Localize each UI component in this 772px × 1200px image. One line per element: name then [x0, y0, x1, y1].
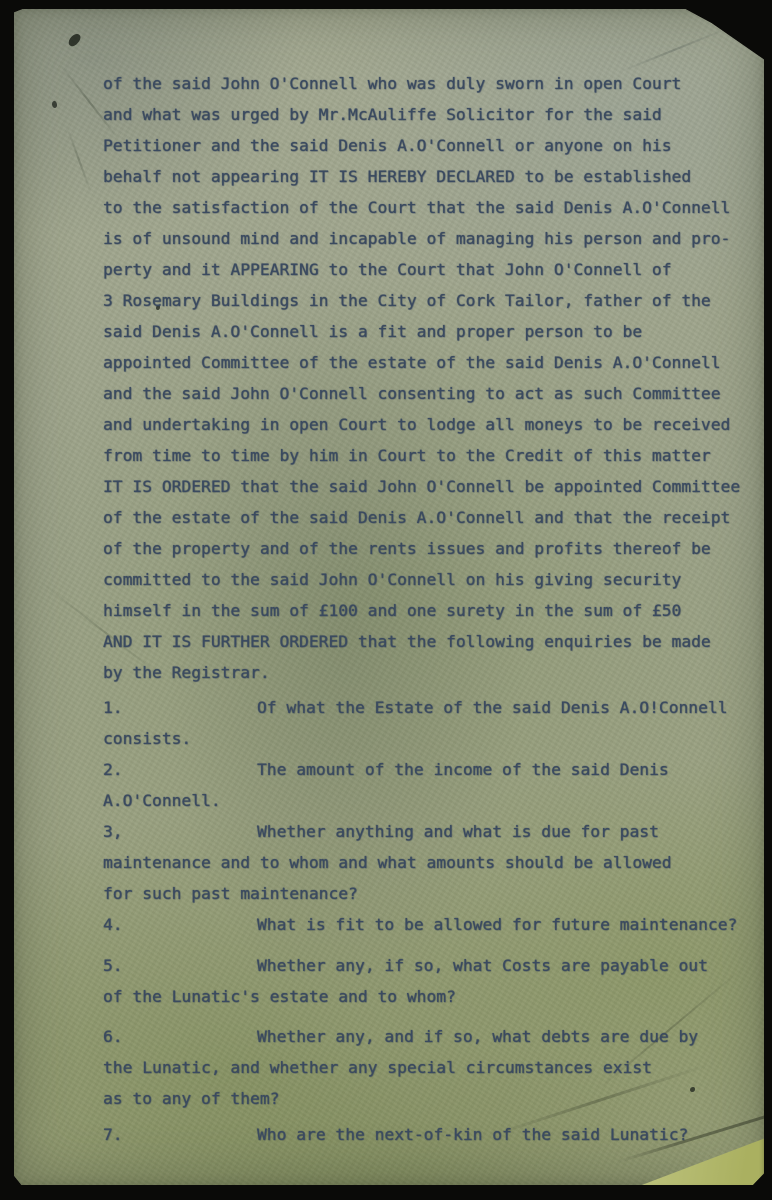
enquiry-continuation-line: consists. [103, 723, 763, 754]
enquiry-number: 7. [103, 1119, 257, 1150]
enquiry-first-line: 7.Who are the next-of-kin of the said Lu… [103, 1119, 763, 1150]
enquiry-text: Of what the Estate of the said Denis A.O… [257, 698, 728, 717]
enquiry-text: Whether any, and if so, what debts are d… [257, 1027, 698, 1046]
enquiry-text: Whether any, if so, what Costs are payab… [257, 956, 708, 975]
scanned-page-background: { "document": { "kind": "typewritten cou… [0, 0, 772, 1200]
enquiry-continuation-line: as to any of them? [103, 1083, 763, 1114]
text-line: AND IT IS FURTHER ORDERED that the follo… [103, 626, 763, 657]
paper-crease [66, 127, 92, 193]
enquiry-number: 3, [103, 816, 257, 847]
text-line: said Denis A.O'Connell is a fit and prop… [103, 316, 763, 347]
text-line: and what was urged by Mr.McAuliffe Solic… [103, 99, 763, 130]
enquiry-first-line: 5.Whether any, if so, what Costs are pay… [103, 950, 763, 981]
enquiry-text: Whether anything and what is due for pas… [257, 822, 659, 841]
text-line: IT IS ORDERED that the said John O'Conne… [103, 471, 763, 502]
enquiry-number: 2. [103, 754, 257, 785]
text-line: from time to time by him in Court to the… [103, 440, 763, 471]
enquiry-first-line: 1.Of what the Estate of the said Denis A… [103, 692, 763, 723]
text-line: perty and it APPEARING to the Court that… [103, 254, 763, 285]
paper-crease [618, 27, 730, 74]
enquiries-list: 1.Of what the Estate of the said Denis A… [103, 692, 763, 1150]
order-paragraph: of the said John O'Connell who was duly … [103, 68, 763, 688]
enquiry-item: 1.Of what the Estate of the said Denis A… [103, 692, 763, 754]
ink-blemish [67, 32, 82, 49]
text-line: is of unsound mind and incapable of mana… [103, 223, 763, 254]
enquiry-text: What is fit to be allowed for future mai… [257, 915, 737, 934]
text-line: Petitioner and the said Denis A.O'Connel… [103, 130, 763, 161]
text-line: by the Registrar. [103, 657, 763, 688]
enquiry-first-line: 6.Whether any, and if so, what debts are… [103, 1021, 763, 1052]
enquiry-number: 1. [103, 692, 257, 723]
enquiry-first-line: 4.What is fit to be allowed for future m… [103, 909, 763, 940]
text-line: and undertaking in open Court to lodge a… [103, 409, 763, 440]
enquiry-continuation-line: for such past maintenance? [103, 878, 763, 909]
enquiry-item: 5.Whether any, if so, what Costs are pay… [103, 950, 763, 1012]
enquiry-continuation-line: of the Lunatic's estate and to whom? [103, 981, 763, 1012]
ink-blemish [51, 100, 58, 108]
text-line: committed to the said John O'Connell on … [103, 564, 763, 595]
text-line: behalf not appearing IT IS HEREBY DECLAR… [103, 161, 763, 192]
enquiry-continuation-line: A.O'Connell. [103, 785, 763, 816]
text-line: and the said John O'Connell consenting t… [103, 378, 763, 409]
enquiry-item: 7.Who are the next-of-kin of the said Lu… [103, 1119, 763, 1150]
document-paper-sheet: of the said John O'Connell who was duly … [14, 9, 764, 1185]
enquiry-text: Who are the next-of-kin of the said Luna… [257, 1125, 688, 1144]
typewritten-text-block: of the said John O'Connell who was duly … [103, 68, 763, 1150]
text-line: of the property and of the rents issues … [103, 533, 763, 564]
text-line: 3 Rosemary Buildings in the City of Cork… [103, 285, 763, 316]
enquiry-first-line: 3,Whether anything and what is due for p… [103, 816, 763, 847]
text-line: of the estate of the said Denis A.O'Conn… [103, 502, 763, 533]
enquiry-item: 3,Whether anything and what is due for p… [103, 816, 763, 909]
text-line: himself in the sum of £100 and one suret… [103, 595, 763, 626]
enquiry-continuation-line: maintenance and to whom and what amounts… [103, 847, 763, 878]
enquiry-number: 6. [103, 1021, 257, 1052]
enquiry-continuation-line: the Lunatic, and whether any special cir… [103, 1052, 763, 1083]
enquiry-number: 4. [103, 909, 257, 940]
enquiry-item: 4.What is fit to be allowed for future m… [103, 909, 763, 940]
enquiry-text: The amount of the income of the said Den… [257, 760, 669, 779]
enquiry-first-line: 2.The amount of the income of the said D… [103, 754, 763, 785]
enquiry-item: 6.Whether any, and if so, what debts are… [103, 1021, 763, 1114]
text-line: to the satisfaction of the Court that th… [103, 192, 763, 223]
text-line: of the said John O'Connell who was duly … [103, 68, 763, 99]
text-line: appointed Committee of the estate of the… [103, 347, 763, 378]
enquiry-item: 2.The amount of the income of the said D… [103, 754, 763, 816]
enquiry-number: 5. [103, 950, 257, 981]
